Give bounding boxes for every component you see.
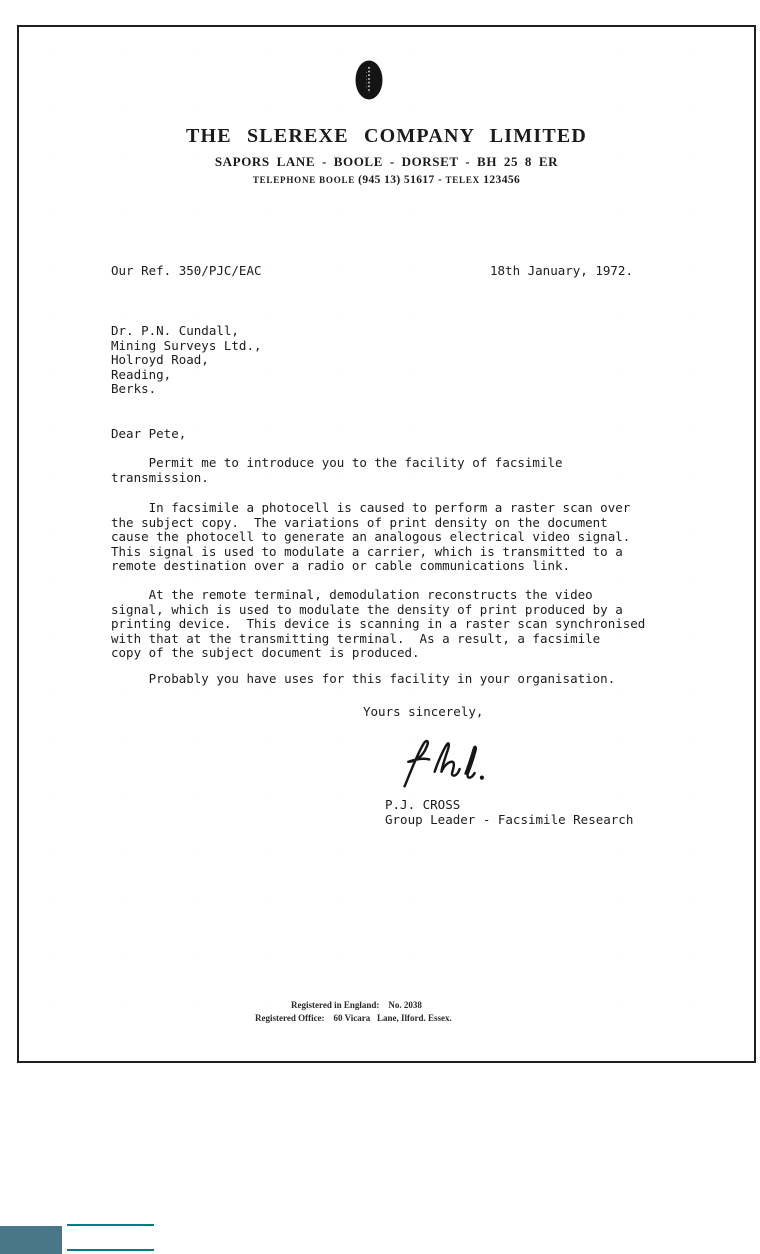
handwritten-signature <box>395 739 487 789</box>
body-paragraph-3: At the remote terminal, demodulation rec… <box>111 588 645 661</box>
registration-line-2: Registered Office: 60 Vicara Lane, Ilfor… <box>255 1013 452 1023</box>
scanned-letter-page: THE SLEREXE COMPANY LIMITED SAPORS LANE … <box>0 0 760 1254</box>
company-name: THE SLEREXE COMPANY LIMITED <box>19 125 754 148</box>
signer-block: P.J. CROSS Group Leader - Facsimile Rese… <box>385 798 633 827</box>
letter-date: 18th January, 1972. <box>490 264 633 279</box>
valediction: Yours sincerely, <box>363 705 483 720</box>
telex-label: TELEX <box>445 175 480 185</box>
telephone-number: (945 13) 51617 - <box>358 174 445 186</box>
body-paragraph-1: Permit me to introduce you to the facili… <box>111 456 563 485</box>
company-address: SAPORS LANE - BOOLE - DORSET - BH 25 8 E… <box>19 154 754 170</box>
body-paragraph-4: Probably you have uses for this facility… <box>111 672 615 687</box>
our-ref: Our Ref. 350/PJC/EAC <box>111 264 262 279</box>
reference-row: Our Ref. 350/PJC/EAC 18th January, 1972. <box>111 264 633 279</box>
telex-number: 123456 <box>480 174 520 186</box>
salutation: Dear Pete, <box>111 427 186 442</box>
signer-name: P.J. CROSS <box>385 798 633 813</box>
telephone-label: TELEPHONE BOOLE <box>253 175 358 185</box>
company-telephone: TELEPHONE BOOLE (945 13) 51617 - TELEX 1… <box>19 174 754 186</box>
body-paragraph-2: In facsimile a photocell is caused to pe… <box>111 501 630 574</box>
recipient-address: Dr. P.N. Cundall, Mining Surveys Ltd., H… <box>111 324 262 397</box>
letter-border-frame: THE SLEREXE COMPANY LIMITED SAPORS LANE … <box>17 25 756 1063</box>
registration-line-1: Registered in England: No. 2038 <box>291 1000 422 1010</box>
signer-title: Group Leader - Facsimile Research <box>385 813 633 828</box>
bottom-accent-line-bottom <box>67 1249 154 1251</box>
bottom-accent-line-top <box>67 1224 154 1226</box>
company-logo-icon <box>355 60 383 100</box>
bottom-left-accent-rectangle <box>0 1226 62 1254</box>
